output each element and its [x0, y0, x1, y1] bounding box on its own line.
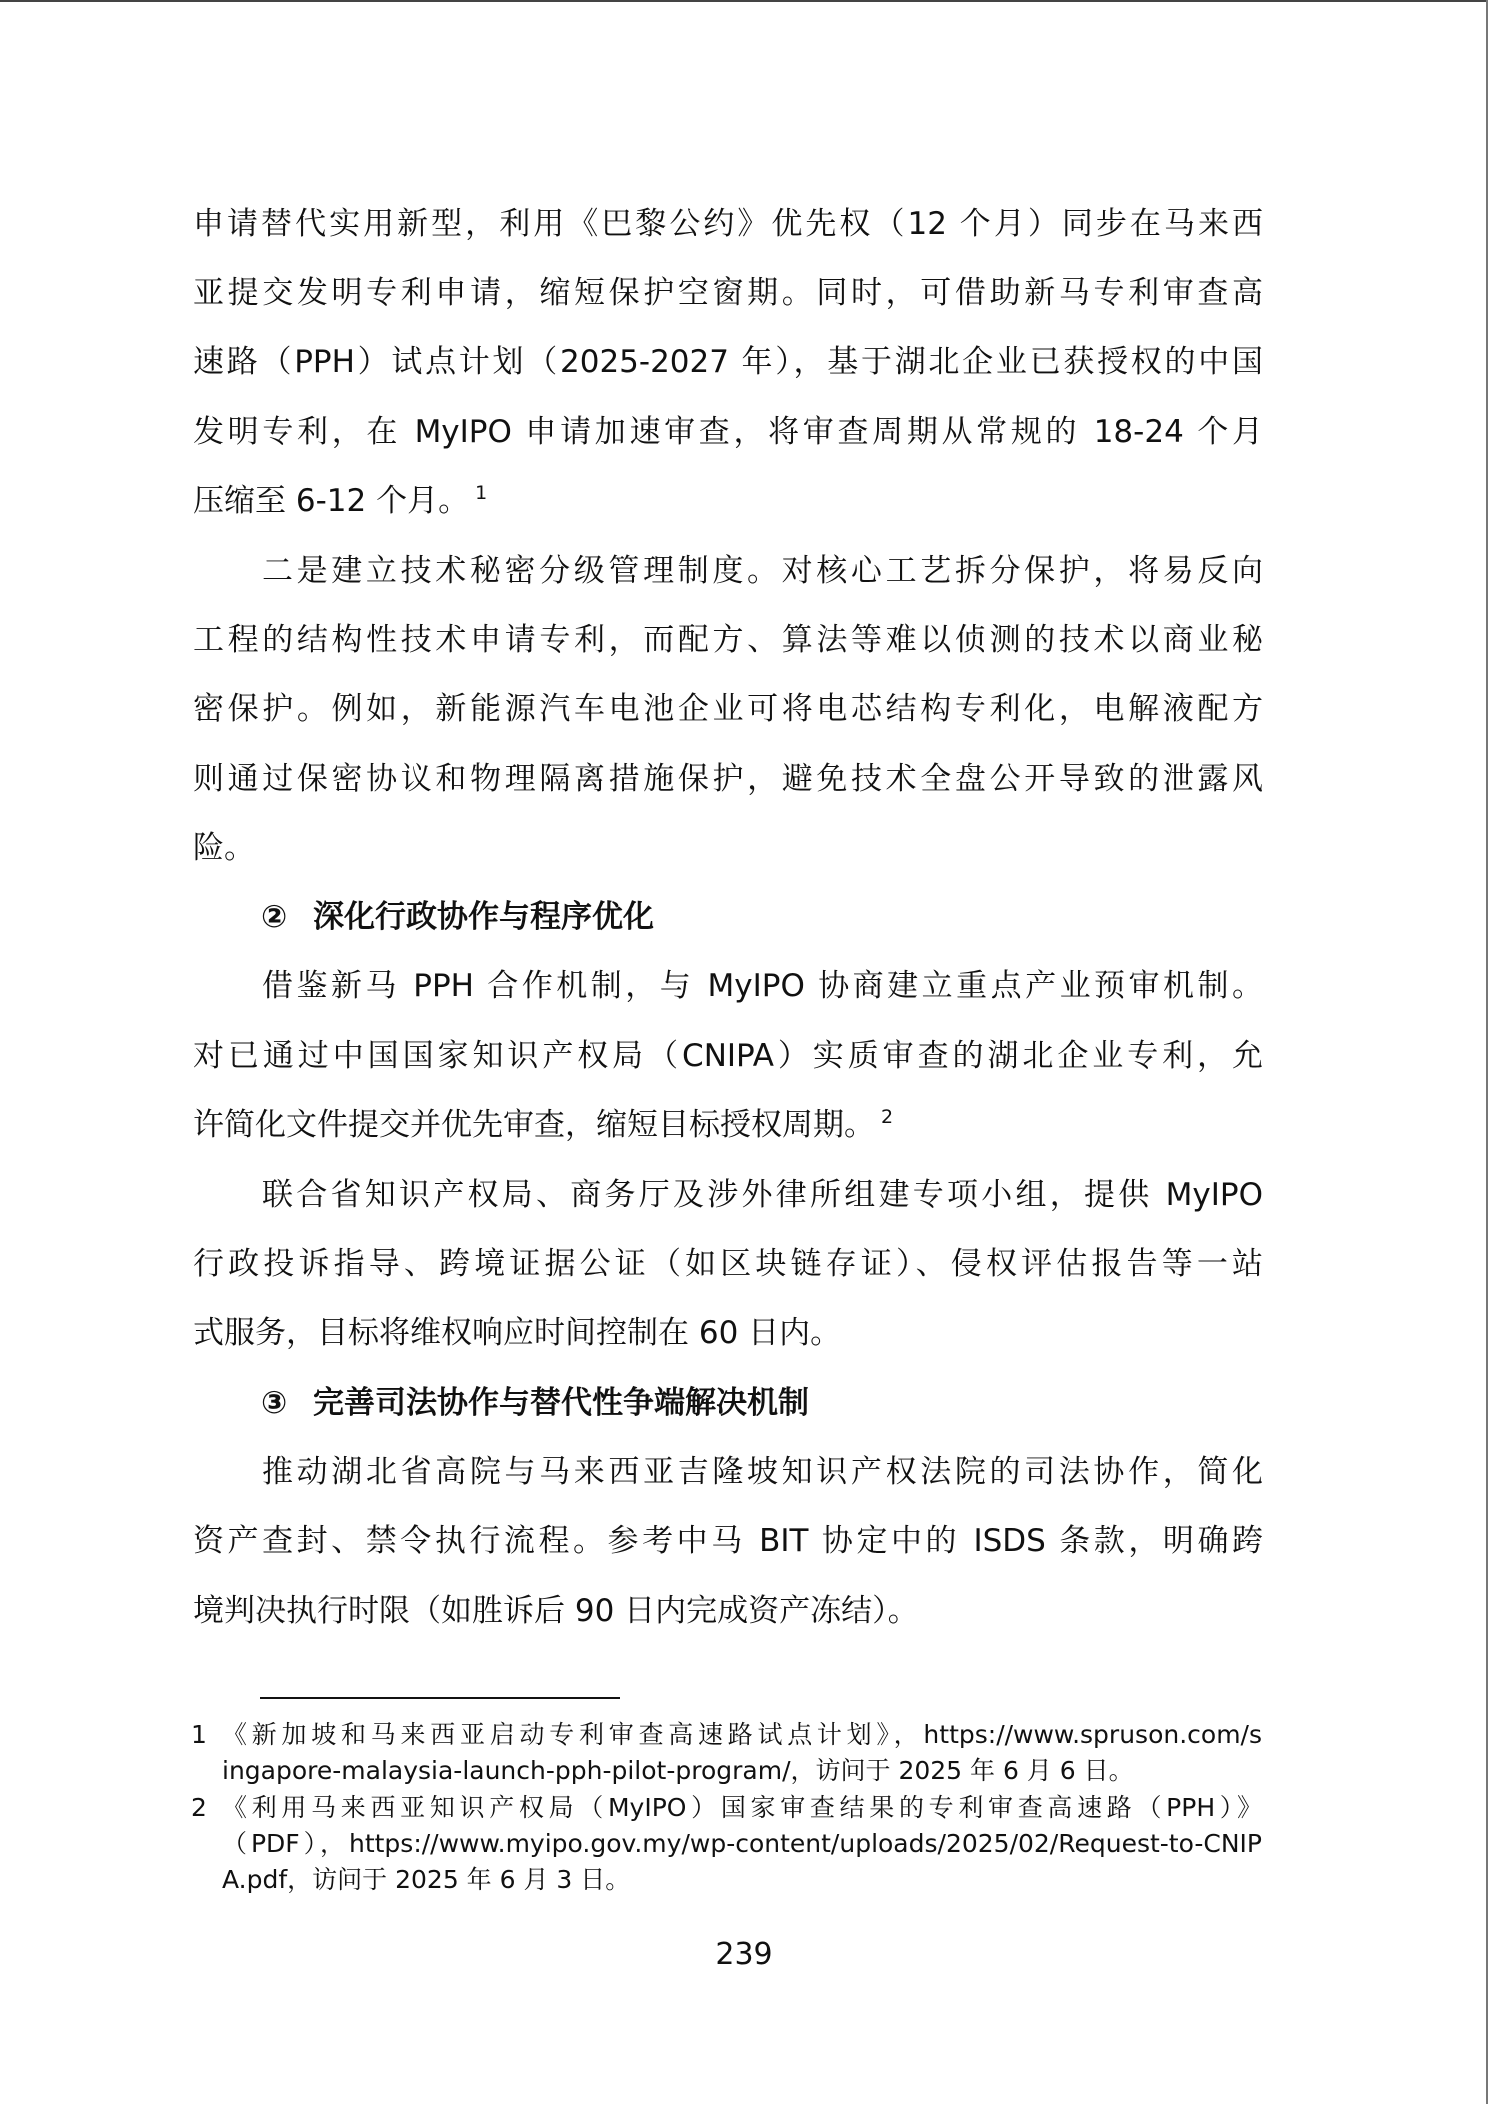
body-line: 发明专利，在 MyIPO 申请加速审查，将审查周期从常规的 18-24 个月	[193, 412, 1263, 452]
body-line: 对已通过中国国家知识产权局（CNIPA）实质审查的湖北企业专利，允	[193, 1036, 1263, 1076]
body-line: 申请替代实用新型，利用《巴黎公约》优先权（12 个月）同步在马来西	[193, 204, 1263, 244]
section-heading-3: ③完善司法协作与替代性争端解决机制	[261, 1383, 809, 1423]
footnote-line[interactable]: 《新加坡和马来西亚启动专利审查高速路试点计划》，https://www.spru…	[222, 1718, 1262, 1752]
footnote-ref-1[interactable]: 1	[475, 482, 487, 504]
footnote-line[interactable]: （PDF），https://www.myipo.gov.my/wp-conten…	[222, 1827, 1262, 1861]
page-number: 239	[0, 1935, 1488, 1975]
body-line: 二是建立技术秘密分级管理制度。对核心工艺拆分保护，将易反向	[262, 551, 1263, 591]
body-line-text: 许简化文件提交并优先审查，缩短目标授权周期。	[193, 1107, 875, 1143]
body-line: 密保护。例如，新能源汽车电池企业可将电芯结构专利化，电解液配方	[193, 689, 1263, 729]
body-line: 许简化文件提交并优先审查，缩短目标授权周期。2	[193, 1105, 1263, 1145]
footnote-number: 2	[191, 1791, 207, 1825]
footnote-line[interactable]: ingapore-malaysia-launch-pph-pilot-progr…	[222, 1754, 1262, 1788]
body-line: 亚提交发明专利申请，缩短保护空窗期。同时，可借助新马专利审查高	[193, 273, 1263, 313]
footnote-ref-2[interactable]: 2	[881, 1106, 893, 1128]
body-line: 境判决执行时限（如胜诉后 90 日内完成资产冻结）。	[193, 1591, 1263, 1631]
page-top-border	[0, 0, 1488, 2]
footnote-line[interactable]: A.pdf，访问于 2025 年 6 月 3 日。	[222, 1863, 1262, 1897]
section-heading-2: ②深化行政协作与程序优化	[261, 897, 654, 937]
body-line: 工程的结构性技术申请专利，而配方、算法等难以侦测的技术以商业秘	[193, 620, 1263, 660]
body-line: 式服务，目标将维权响应时间控制在 60 日内。	[193, 1313, 1263, 1353]
body-line: 行政投诉指导、跨境证据公证（如区块链存证）、侵权评估报告等一站	[193, 1244, 1263, 1284]
body-line: 则通过保密协议和物理隔离措施保护，避免技术全盘公开导致的泄露风	[193, 759, 1263, 799]
body-line: 借鉴新马 PPH 合作机制，与 MyIPO 协商建立重点产业预审机制。	[262, 966, 1263, 1006]
footnote-line: 《利用马来西亚知识产权局（MyIPO）国家审查结果的专利审查高速路（PPH）》	[222, 1791, 1262, 1825]
circled-number-2: ②	[261, 897, 313, 937]
body-line: 推动湖北省高院与马来西亚吉隆坡知识产权法院的司法协作，简化	[262, 1452, 1263, 1492]
heading-text: 完善司法协作与替代性争端解决机制	[313, 1385, 809, 1421]
body-line: 资产查封、禁令执行流程。参考中马 BIT 协定中的 ISDS 条款，明确跨	[193, 1521, 1263, 1561]
footnote-separator	[260, 1697, 620, 1699]
body-line-text: 压缩至 6-12 个月。	[193, 483, 469, 519]
footnote-number: 1	[191, 1718, 207, 1752]
circled-number-3: ③	[261, 1383, 313, 1423]
body-line: 压缩至 6-12 个月。1	[193, 481, 1263, 521]
body-line: 联合省知识产权局、商务厅及涉外律所组建专项小组，提供 MyIPO	[262, 1175, 1263, 1215]
body-line: 险。	[193, 828, 1263, 868]
body-line: 速路（PPH）试点计划（2025-2027 年），基于湖北企业已获授权的中国	[193, 342, 1263, 382]
heading-text: 深化行政协作与程序优化	[313, 899, 654, 935]
